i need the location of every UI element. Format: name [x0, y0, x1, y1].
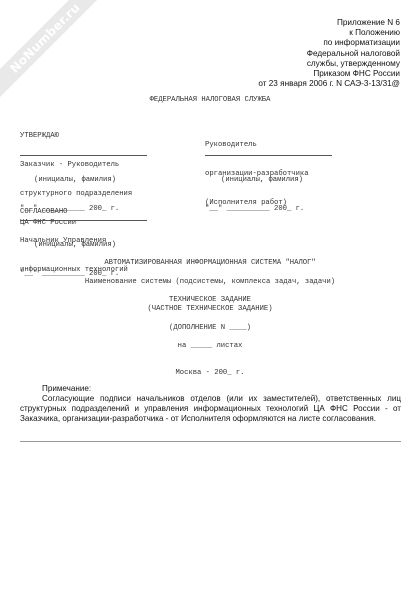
appendix-line: службы, утвержденному	[258, 59, 400, 69]
approve-label: УТВЕРЖДАЮ	[20, 132, 132, 142]
supplement-number: (ДОПОЛНЕНИЕ N ____)	[0, 324, 420, 332]
agency-heading: ФЕДЕРАЛЬНАЯ НАЛОГОВАЯ СЛУЖБА	[0, 96, 420, 104]
appendix-line: от 23 января 2006 г. N САЭ-3-13/31@	[258, 79, 400, 89]
agreed-initials-caption: (инициалы, фамилия)	[20, 241, 119, 251]
agreed-signature-line	[20, 220, 147, 221]
note: Примечание: Согласующие подписи начальни…	[20, 384, 401, 424]
document-subtitle: (ЧАСТНОЕ ТЕХНИЧЕСКОЕ ЗАДАНИЕ)	[0, 305, 420, 313]
appendix-line: к Положению	[258, 28, 400, 38]
system-name: АВТОМАТИЗИРОВАННАЯ ИНФОРМАЦИОННАЯ СИСТЕМ…	[0, 259, 420, 267]
bottom-divider	[20, 441, 401, 442]
document-title: ТЕХНИЧЕСКОЕ ЗАДАНИЕ	[0, 296, 420, 304]
developer-signature: (инициалы, фамилия) "__" __________ 200_…	[205, 157, 304, 224]
system-caption: Наименование системы (подсистемы, компле…	[0, 278, 420, 286]
appendix-line: Приложение N 6	[258, 18, 400, 28]
watermark: NoNumber.ru	[0, 0, 112, 105]
approve-signature-line	[20, 155, 147, 156]
appendix-line: Приказом ФНС России	[258, 69, 400, 79]
appendix-reference: Приложение N 6 к Положению по информатиз…	[258, 18, 400, 89]
approve-initials-caption: (инициалы, фамилия)	[20, 176, 119, 186]
developer-initials-caption: (инициалы, фамилия)	[205, 176, 304, 186]
developer-date-line: "__" __________ 200_ г.	[205, 205, 304, 215]
appendix-line: Федеральной налоговой	[258, 49, 400, 59]
city-year: Москва - 200_ г.	[0, 369, 420, 377]
page-count: на _____ листах	[0, 342, 420, 350]
developer-signature-line	[205, 155, 332, 156]
note-body: Согласующие подписи начальников отделов …	[20, 394, 401, 424]
appendix-line: по информатизации	[258, 38, 400, 48]
developer-line: Руководитель	[205, 141, 309, 151]
note-title: Примечание:	[20, 384, 401, 394]
agreed-label: СОГЛАСОВАНО	[20, 208, 128, 218]
